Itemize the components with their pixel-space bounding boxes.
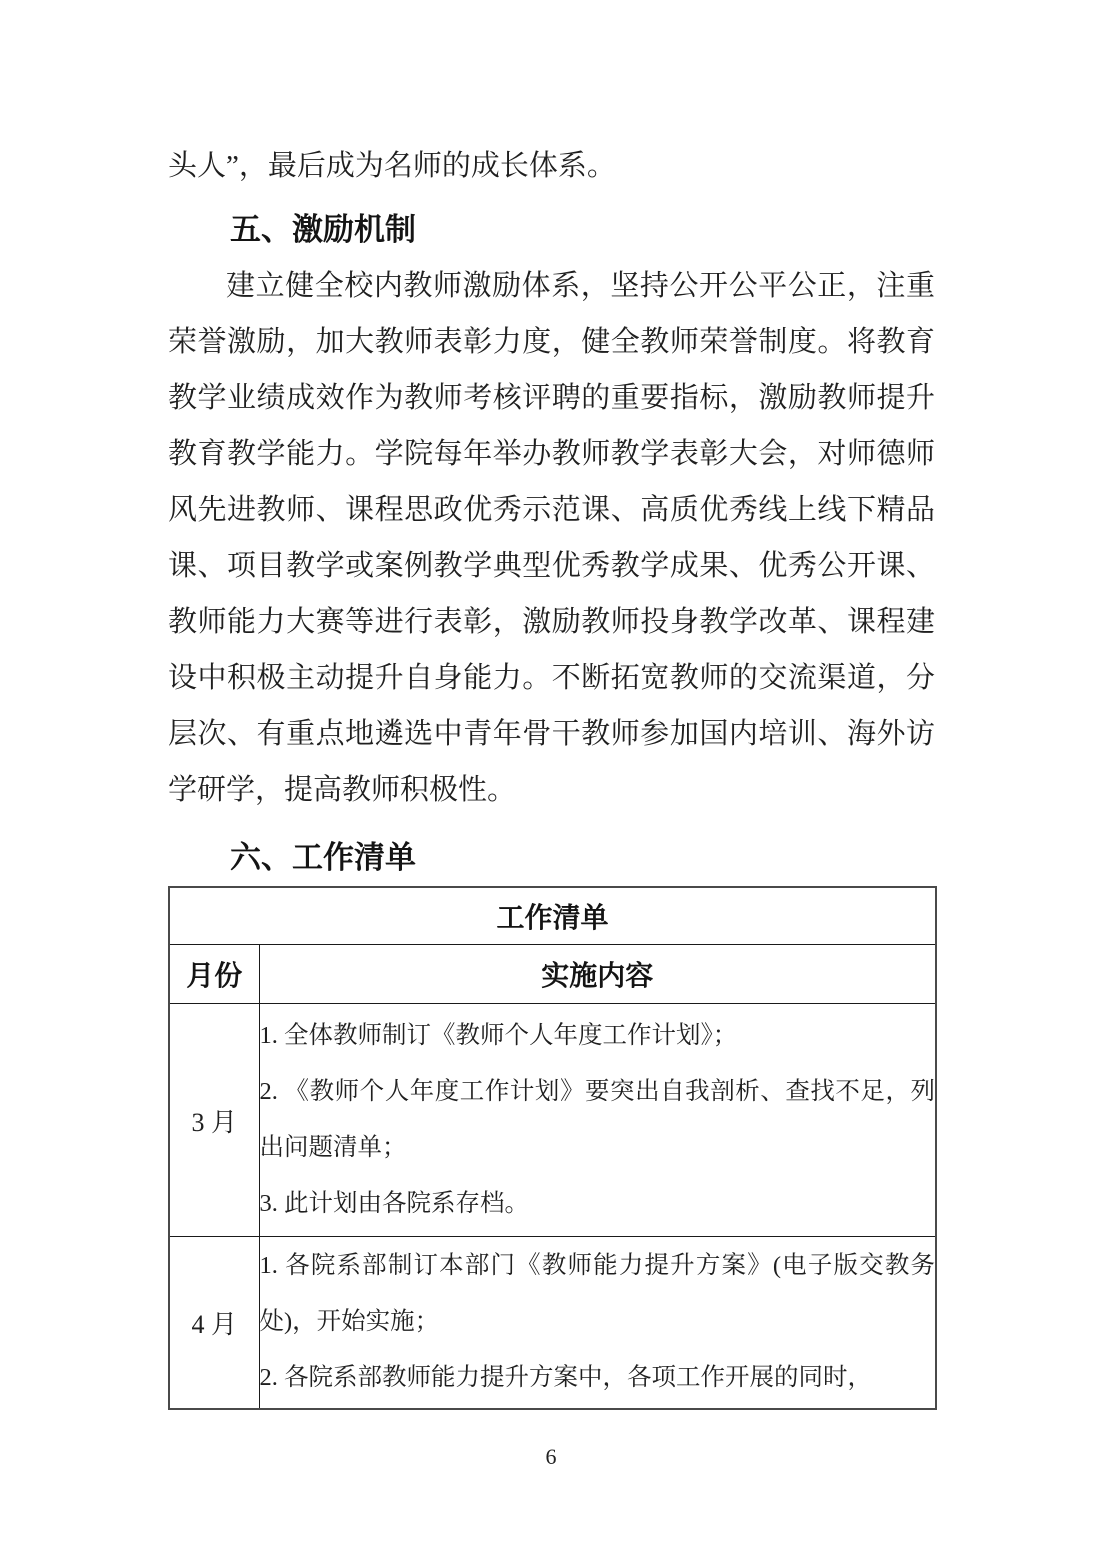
content-cell-april: 1. 各院系部制订本部门《教师能力提升方案》(电子版交教务处)，开始实施； 2.… bbox=[259, 1237, 936, 1409]
april-item-1: 1. 各院系部制订本部门《教师能力提升方案》(电子版交教务处)，开始实施； bbox=[260, 1238, 936, 1350]
table-header-row: 月份 实施内容 bbox=[169, 945, 936, 1004]
march-item-2: 2. 《教师个人年度工作计划》要突出自我剖析、查找不足，列出问题清单； bbox=[260, 1064, 936, 1176]
table-row-april: 4 月 1. 各院系部制订本部门《教师能力提升方案》(电子版交教务处)，开始实施… bbox=[169, 1237, 936, 1409]
month-cell-april: 4 月 bbox=[169, 1237, 259, 1409]
table-title-row: 工作清单 bbox=[169, 887, 936, 945]
march-item-3: 3. 此计划由各院系存档。 bbox=[260, 1176, 936, 1232]
column-header-month: 月份 bbox=[169, 945, 259, 1004]
document-page: 头人”，最后成为名师的成长体系。 五、激励机制 建立健全校内教师激励体系，坚持公… bbox=[0, 0, 1102, 1559]
section5-heading: 五、激励机制 bbox=[168, 202, 935, 258]
column-header-content: 实施内容 bbox=[259, 945, 936, 1004]
month-cell-march: 3 月 bbox=[169, 1004, 259, 1237]
section5-paragraph: 建立健全校内教师激励体系，坚持公开公平公正，注重荣誉激励，加大教师表彰力度，健全… bbox=[168, 258, 935, 818]
content-cell-march: 1. 全体教师制订《教师个人年度工作计划》； 2. 《教师个人年度工作计划》要突… bbox=[259, 1004, 936, 1237]
continuation-paragraph: 头人”，最后成为名师的成长体系。 bbox=[168, 138, 935, 194]
march-item-1: 1. 全体教师制订《教师个人年度工作计划》； bbox=[260, 1008, 936, 1064]
document-content: 头人”，最后成为名师的成长体系。 五、激励机制 建立健全校内教师激励体系，坚持公… bbox=[168, 138, 935, 1410]
table-title: 工作清单 bbox=[169, 887, 936, 945]
table-row-march: 3 月 1. 全体教师制订《教师个人年度工作计划》； 2. 《教师个人年度工作计… bbox=[169, 1004, 936, 1237]
page-number: 6 bbox=[0, 1444, 1102, 1470]
april-item-2: 2. 各院系部教师能力提升方案中，各项工作开展的同时， bbox=[260, 1350, 936, 1406]
work-list-table: 工作清单 月份 实施内容 3 月 1. 全体教师制订《教师个人年度工作计划》； … bbox=[168, 886, 937, 1410]
section6-heading: 六、工作清单 bbox=[168, 830, 935, 886]
